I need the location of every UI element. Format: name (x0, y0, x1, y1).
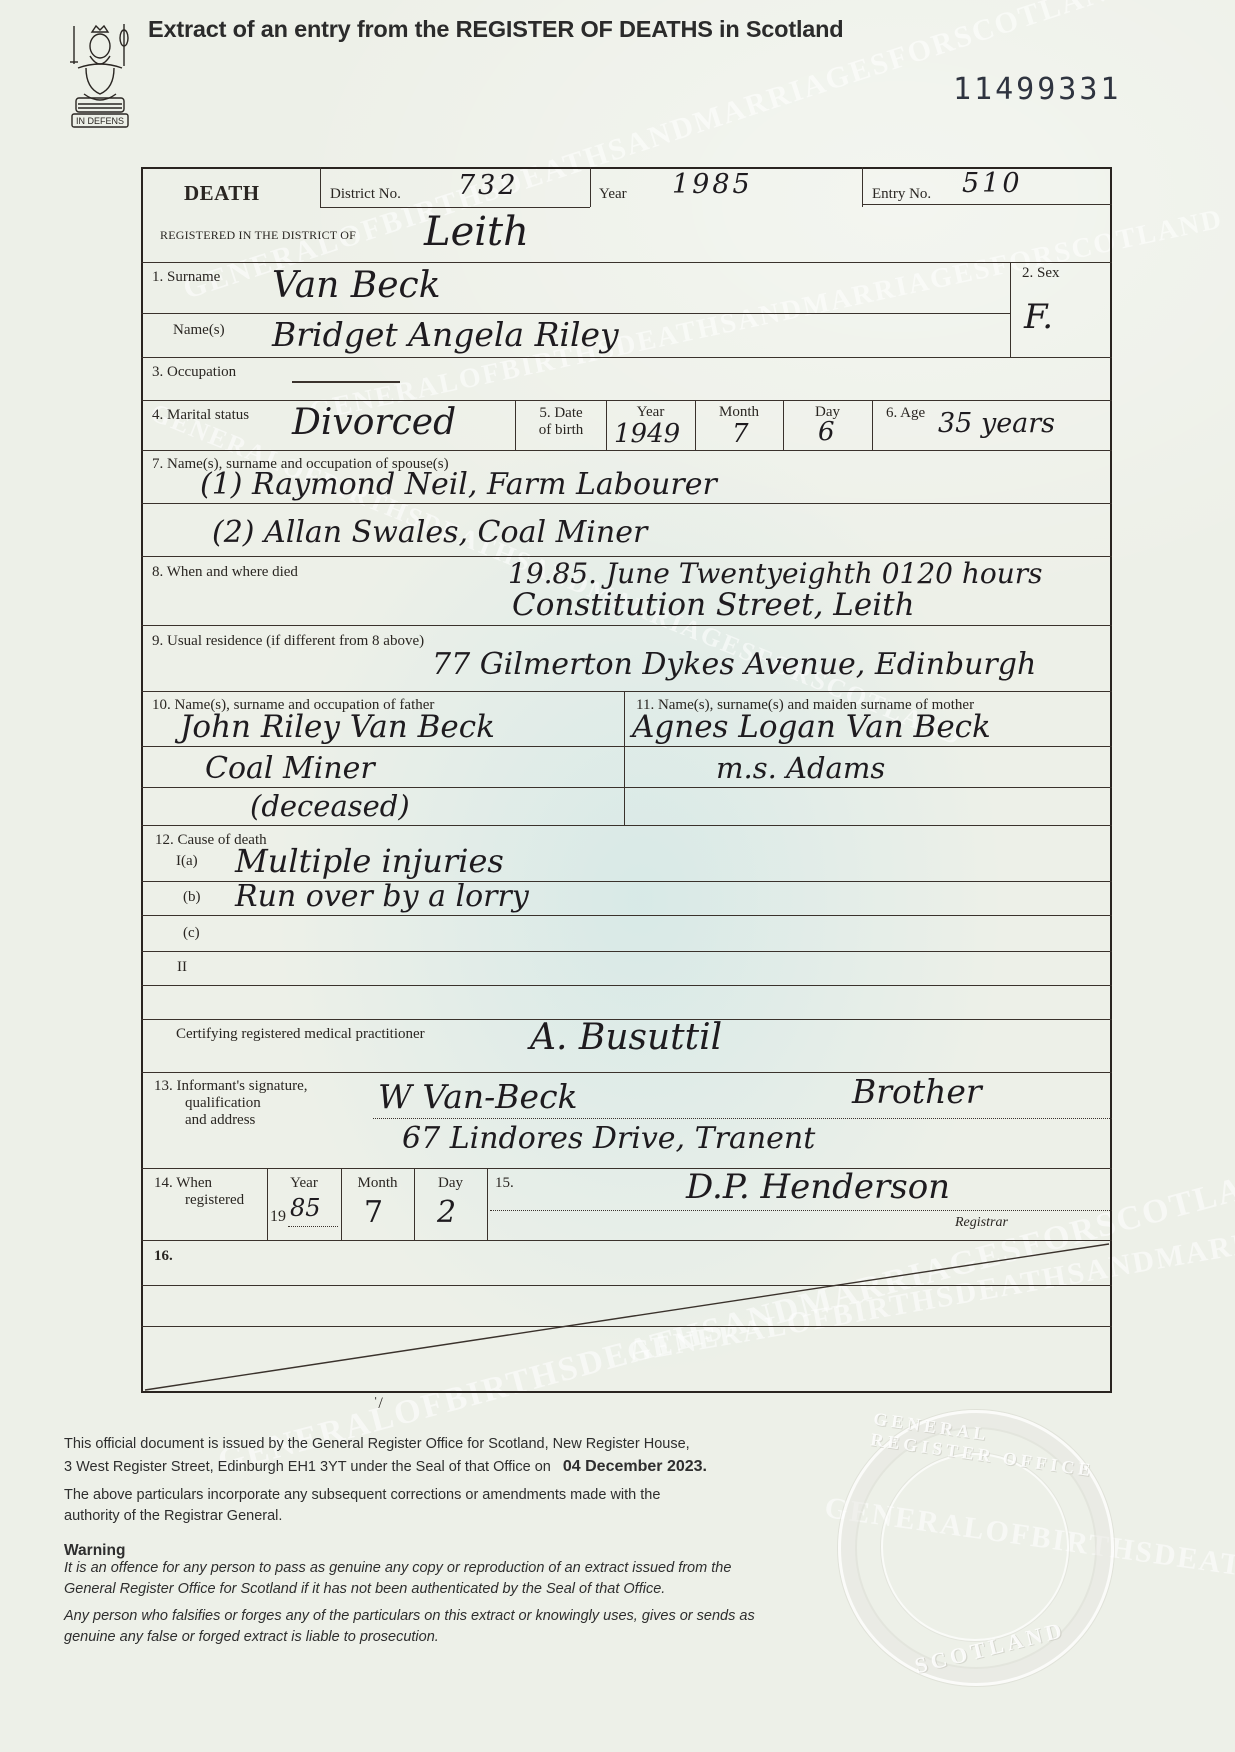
serial-number: 11499331 (953, 72, 1122, 107)
registered-year-prefix: 19 (270, 1208, 286, 1226)
dob-year-value: 1949 (614, 421, 680, 447)
registered-label: 14. When registered (154, 1175, 244, 1209)
father-line-3: (deceased) (250, 792, 410, 821)
particulars-line-2: authority of the Registrar General. (64, 1506, 660, 1527)
dob-month-value: 7 (732, 421, 749, 447)
dob-label: 5. Date of birth (517, 405, 605, 440)
mother-line-2: m.s. Adams (716, 754, 885, 783)
embossed-seal-icon: GENERAL REGISTER OFFICE SCOTLAND (838, 1410, 1114, 1686)
form-type-label: DEATH (184, 182, 260, 205)
registered-label-line1: 14. When (154, 1175, 244, 1192)
informant-label-line3: and address (154, 1112, 308, 1129)
informant-label: 13. Informant's signature, qualification… (154, 1078, 308, 1128)
registrar-field-label: 15. (495, 1175, 514, 1192)
cause-ia-value: Multiple injuries (235, 845, 504, 877)
district-no-label: District No. (330, 186, 401, 203)
warning-text: It is an offence for any person to pass … (64, 1558, 731, 1600)
usual-residence-label: 9. Usual residence (if different from 8 … (152, 633, 424, 650)
warning-line-2: General Register Office for Scotland if … (64, 1579, 731, 1600)
names-label: Name(s) (173, 322, 225, 339)
dob-label-line2: of birth (517, 422, 605, 439)
cause-ii-label: II (177, 959, 187, 976)
death-when-value: 19.85. June Twentyeighth 0120 hours (508, 560, 1043, 588)
registrar-caption: Registrar (955, 1215, 1008, 1230)
surname-value: Van Beck (272, 268, 441, 304)
stray-mark: ˈ/ (373, 1395, 383, 1413)
age-label: 6. Age (886, 405, 925, 422)
sex-value: F. (1024, 300, 1053, 334)
issued-line-2: 3 West Register Street, Edinburgh EH1 3Y… (64, 1455, 707, 1478)
entry-no-value: 510 (962, 170, 1023, 197)
registered-day-label: Day (414, 1175, 487, 1192)
registered-year-label: Year (267, 1175, 341, 1192)
usual-residence-value: 77 Gilmerton Dykes Avenue, Edinburgh (432, 650, 1036, 680)
cause-b-label: (b) (183, 889, 201, 906)
informant-label-line2: qualification (154, 1095, 308, 1112)
issued-line-2-text: 3 West Register Street, Edinburgh EH1 3Y… (64, 1459, 551, 1475)
forgery-line-1: Any person who falsifies or forges any o… (64, 1606, 755, 1627)
cause-b-value: Run over by a lorry (235, 882, 529, 912)
certifying-label: Certifying registered medical practition… (176, 1026, 425, 1043)
cause-ia-label: I(a) (176, 853, 198, 870)
informant-label-line1: 13. Informant's signature, (154, 1078, 308, 1095)
death-when-where-label: 8. When and where died (152, 564, 298, 581)
marital-status-label: 4. Marital status (152, 407, 249, 424)
registered-month-value: 7 (364, 1198, 383, 1228)
father-line-2: Coal Miner (205, 754, 375, 784)
names-value: Bridget Angela Riley (272, 318, 619, 351)
particulars-statement: The above particulars incorporate any su… (64, 1485, 660, 1527)
death-where-value: Constitution Street, Leith (512, 590, 915, 621)
dob-label-line1: 5. Date (517, 405, 605, 422)
issue-date: 04 December 2023. (563, 1458, 707, 1475)
svg-text:IN DEFENS: IN DEFENS (76, 116, 124, 126)
registered-district-value: Leith (424, 212, 529, 252)
registered-month-label: Month (341, 1175, 414, 1192)
certifying-value: A. Busuttil (530, 1020, 722, 1056)
district-no-value: 732 (458, 172, 519, 199)
year-label: Year (599, 186, 627, 203)
royal-crest-icon: IN DEFENS (64, 18, 136, 132)
registered-label-line2: registered (154, 1192, 244, 1209)
spouse-2-value: (2) Allan Swales, Coal Miner (212, 518, 647, 548)
warning-line-1: It is an offence for any person to pass … (64, 1558, 731, 1579)
forgery-text: Any person who falsifies or forges any o… (64, 1606, 755, 1648)
surname-label: 1. Surname (152, 269, 220, 286)
informant-address: 67 Lindores Drive, Tranent (402, 1124, 815, 1154)
sex-label: 2. Sex (1022, 265, 1060, 282)
seal-inner-ring (881, 1453, 1069, 1641)
informant-signature: W Van-Beck (378, 1080, 578, 1113)
entry-no-label: Entry No. (872, 186, 931, 203)
registered-day-value: 2 (437, 1198, 456, 1228)
dob-day-value: 6 (818, 419, 835, 445)
registered-district-label: REGISTERED IN THE DISTRICT OF (160, 228, 356, 243)
occupation-label: 3. Occupation (152, 364, 236, 381)
document-title: Extract of an entry from the REGISTER OF… (148, 16, 843, 43)
marital-status-value: Divorced (292, 405, 456, 441)
particulars-line-1: The above particulars incorporate any su… (64, 1485, 660, 1506)
spouse-1-value: (1) Raymond Neil, Farm Labourer (200, 470, 717, 500)
forgery-line-2: genuine any false or forged extract is l… (64, 1627, 755, 1648)
issued-statement: This official document is issued by the … (64, 1434, 707, 1478)
father-line-1: John Riley Van Beck (180, 712, 495, 743)
age-value: 35 years (938, 410, 1055, 437)
registrar-signature: D.P. Henderson (686, 1170, 950, 1204)
cause-c-label: (c) (183, 925, 200, 942)
cancel-diagonal-line (141, 1240, 1112, 1393)
informant-qualification: Brother (852, 1075, 982, 1108)
mother-line-1: Agnes Logan Van Beck (632, 712, 991, 743)
issued-line-1: This official document is issued by the … (64, 1434, 707, 1455)
year-value: 1985 (672, 171, 753, 198)
registered-year-value: 85 (290, 1196, 321, 1220)
